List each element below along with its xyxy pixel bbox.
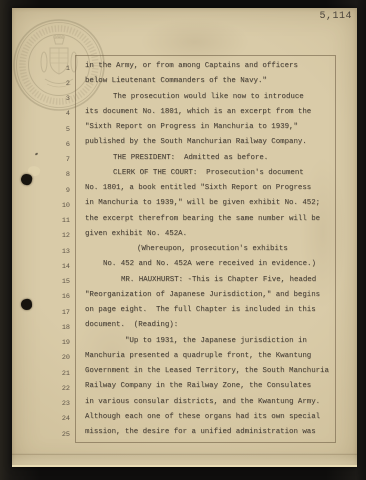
paper-page: 5,114 1234567891011121314151617181920212… (12, 8, 357, 467)
line-number: 14 (52, 263, 70, 271)
line-number: 10 (52, 202, 70, 210)
line-number: 11 (52, 217, 70, 225)
transcript-line: THE PRESIDENT: Admitted as before. (113, 154, 268, 162)
transcript-line: below Lieutenant Commanders of the Navy.… (85, 77, 267, 85)
transcript-line: published by the South Manchurian Railwa… (85, 138, 307, 146)
line-number: 20 (52, 354, 70, 362)
transcript-line: the excerpt therefrom bearing the same n… (85, 215, 320, 223)
line-number: 17 (52, 309, 70, 317)
line-number: 8 (52, 171, 70, 179)
transcript-line: CLERK OF THE COURT: Prosecution's docume… (113, 169, 304, 177)
transcript-line: No. 452 and No. 452A were received in ev… (103, 260, 316, 268)
transcript-line: (Whereupon, prosecution's exhibits (137, 245, 288, 253)
transcript-line: given exhibit No. 452A. (85, 230, 187, 238)
punch-hole-top (20, 173, 33, 186)
line-number: 3 (52, 95, 70, 103)
transcript-line: Manchuria presented a quadruple front, t… (85, 352, 311, 360)
line-number: 25 (52, 431, 70, 439)
punch-hole-bottom (20, 298, 32, 310)
line-number: 9 (52, 187, 70, 195)
line-number: 12 (52, 232, 70, 240)
line-number: 24 (52, 415, 70, 423)
transcript-line: Government in the Leased Territory, the … (85, 367, 329, 375)
line-number: 23 (52, 400, 70, 408)
line-number: 18 (52, 324, 70, 332)
line-number: 2 (52, 80, 70, 88)
line-number: 7 (52, 156, 70, 164)
transcript-line: document. (Reading): (85, 321, 178, 329)
transcript-line: "Reorganization of Japanese Jurisdiction… (85, 291, 320, 299)
line-number: 21 (52, 370, 70, 378)
line-number: 6 (52, 141, 70, 149)
transcript-line: in various consular districts, and the K… (85, 398, 320, 406)
page-number: 5,114 (319, 11, 352, 22)
transcript-line: No. 1801, a book entitled "Sixth Report … (85, 184, 311, 192)
transcript-line: Railway Company in the Railway Zone, the… (85, 382, 311, 390)
line-number: 15 (52, 278, 70, 286)
line-number: 4 (52, 110, 70, 118)
line-number: 5 (52, 126, 70, 134)
scanned-document: 5,114 1234567891011121314151617181920212… (0, 0, 366, 480)
line-number: 19 (52, 339, 70, 347)
transcript-line: in the Army, or from among Captains and … (85, 62, 298, 70)
transcript-line: MR. HAUXHURST: -This is Chapter Five, he… (121, 276, 316, 284)
transcript-line: "Up to 1931, the Japanese jurisdiction i… (125, 337, 307, 345)
ink-speck (35, 152, 39, 155)
line-number: 13 (52, 248, 70, 256)
line-number: 1 (52, 65, 70, 73)
transcript-line: The prosecution would like now to introd… (113, 93, 304, 101)
line-number: 16 (52, 293, 70, 301)
transcript-line: in Manchuria to 1939," will be given exh… (85, 199, 320, 207)
transcript-line: on page eight. The full Chapter is inclu… (85, 306, 316, 314)
transcript-line: Although each one of these organs had it… (85, 413, 320, 421)
transcript-line: "Sixth Report on Progress in Manchuria t… (85, 123, 298, 131)
transcript-line: its document No. 1801, which is an excer… (85, 108, 311, 116)
line-number: 22 (52, 385, 70, 393)
paper-bottom-edge (12, 453, 357, 467)
transcript-line: mission, the desire for a unified admini… (85, 428, 316, 436)
